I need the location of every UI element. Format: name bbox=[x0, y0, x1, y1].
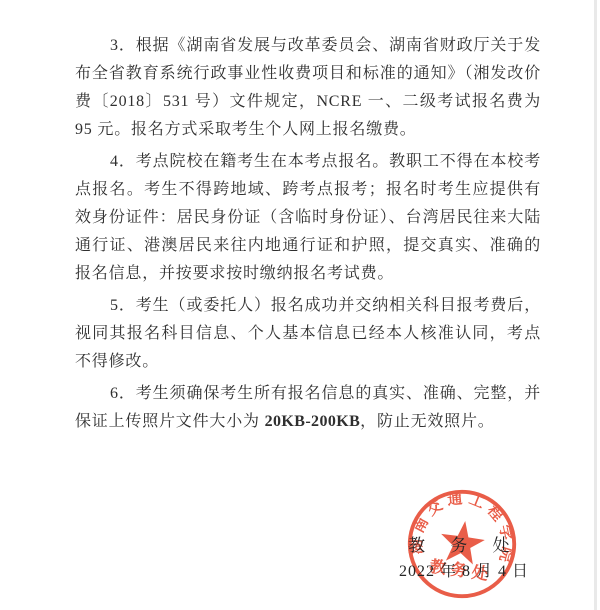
signature-date: 2022 年 8 月 4 日 bbox=[399, 558, 529, 581]
signature-department: 教 务 处 bbox=[408, 531, 510, 556]
document-body: 3．根据《湖南省发展与改革委员会、湖南省财政厅关于发布全省教育系统行政事业性收费… bbox=[75, 32, 541, 440]
paragraph-4-text: 4．考点院校在籍考生在本考点报名。教职工不得在本校考点报名。考生不得跨地域、跨考… bbox=[75, 153, 541, 282]
photo-size-value: 20KB-200KB bbox=[265, 413, 361, 430]
paragraph-5: 5．考生（或委托人）报名成功并交纳相关科目报考费后，视同其报名科目信息、个人基本… bbox=[75, 292, 541, 376]
paragraph-6: 6．考生须确保考生所有报名信息的真实、准确、完整，并保证上传照片文件大小为 20… bbox=[75, 380, 541, 436]
paragraph-4: 4．考点院校在籍考生在本考点报名。教职工不得在本校考点报名。考生不得跨地域、跨考… bbox=[75, 148, 541, 288]
paragraph-6-text-after: ，防止无效照片。 bbox=[360, 413, 494, 430]
document-page: 3．根据《湖南省发展与改革委员会、湖南省财政厅关于发布全省教育系统行政事业性收费… bbox=[0, 0, 600, 610]
page-edge-line bbox=[594, 0, 597, 610]
paragraph-3-text: 3．根据《湖南省发展与改革委员会、湖南省财政厅关于发布全省教育系统行政事业性收费… bbox=[75, 37, 541, 138]
paragraph-5-text: 5．考生（或委托人）报名成功并交纳相关科目报考费后，视同其报名科目信息、个人基本… bbox=[75, 297, 541, 370]
paragraph-3: 3．根据《湖南省发展与改革委员会、湖南省财政厅关于发布全省教育系统行政事业性收费… bbox=[75, 32, 541, 144]
